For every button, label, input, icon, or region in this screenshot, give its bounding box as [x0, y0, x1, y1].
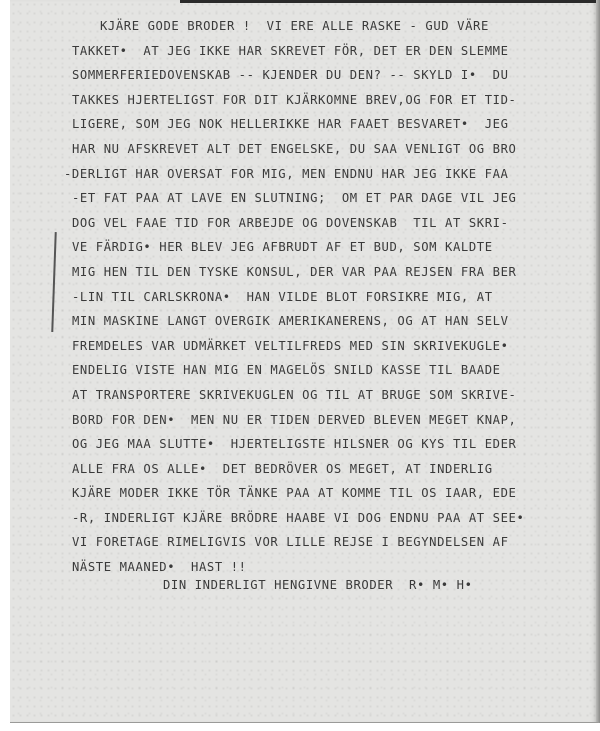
paper-bottom-edge: [10, 722, 598, 723]
letter-line: OG JEG MAA SLUTTE• HJERTELIGSTE HILSNER …: [72, 432, 592, 457]
letter-line: -ET FAT PAA AT LAVE EN SLUTNING; OM ET P…: [72, 186, 592, 211]
letter-line: FREMDELES VAR UDMÄRKET VELTILFREDS MED S…: [72, 334, 592, 359]
letter-line: ALLE FRA OS ALLE• DET BEDRÖVER OS MEGET,…: [72, 457, 592, 482]
letter-line: -R, INDERLIGT KJÄRE BRÖDRE HAABE VI DOG …: [72, 506, 592, 531]
letter-line: DOG VEL FAAE TID FOR ARBEJDE OG DOVENSKA…: [72, 211, 592, 236]
paper-top-edge: [180, 0, 600, 3]
letter-line: ENDELIG VISTE HAN MIG EN MAGELÖS SNILD K…: [72, 358, 592, 383]
letter-line: MIG HEN TIL DEN TYSKE KONSUL, DER VAR PA…: [72, 260, 592, 285]
letter-line: MIN MASKINE LANGT OVERGIK AMERIKANERENS,…: [72, 309, 592, 334]
letter-line: LIGERE, SOM JEG NOK HELLERIKKE HAR FAAET…: [72, 112, 592, 137]
letter-body: KJÄRE GODE BRODER ! VI ERE ALLE RASKE - …: [72, 14, 592, 580]
letter-line: TAKKES HJERTELIGST FOR DIT KJÄRKOMNE BRE…: [72, 88, 592, 113]
letter-line: KJÄRE GODE BRODER ! VI ERE ALLE RASKE - …: [72, 14, 592, 39]
letter-line: VE FÄRDIG• HER BLEV JEG AFBRUDT AF ET BU…: [72, 235, 592, 260]
paper-right-edge: [596, 0, 600, 723]
letter-line: SOMMERFERIEDOVENSKAB -- KJENDER DU DEN? …: [72, 63, 592, 88]
letter-signature: DIN INDERLIGT HENGIVNE BRODER R• M• H•: [163, 578, 473, 592]
letter-line: KJÄRE MODER IKKE TÖR TÄNKE PAA AT KOMME …: [72, 481, 592, 506]
letter-line: VI FORETAGE RIMELIGVIS VOR LILLE REJSE I…: [72, 530, 592, 555]
letter-line: -DERLIGT HAR OVERSAT FOR MIG, MEN ENDNU …: [64, 162, 592, 187]
letter-line: BORD FOR DEN• MEN NU ER TIDEN DERVED BLE…: [72, 408, 592, 433]
letter-line: HAR NU AFSKREVET ALT DET ENGELSKE, DU SA…: [72, 137, 592, 162]
letter-line: AT TRANSPORTERE SKRIVEKUGLEN OG TIL AT B…: [72, 383, 592, 408]
letter-line: TAKKET• AT JEG IKKE HAR SKREVET FÖR, DET…: [72, 39, 592, 64]
letter-line: NÄSTE MAANED• HAST !!: [72, 555, 592, 580]
letter-line: -LIN TIL CARLSKRONA• HAN VILDE BLOT FORS…: [72, 285, 592, 310]
